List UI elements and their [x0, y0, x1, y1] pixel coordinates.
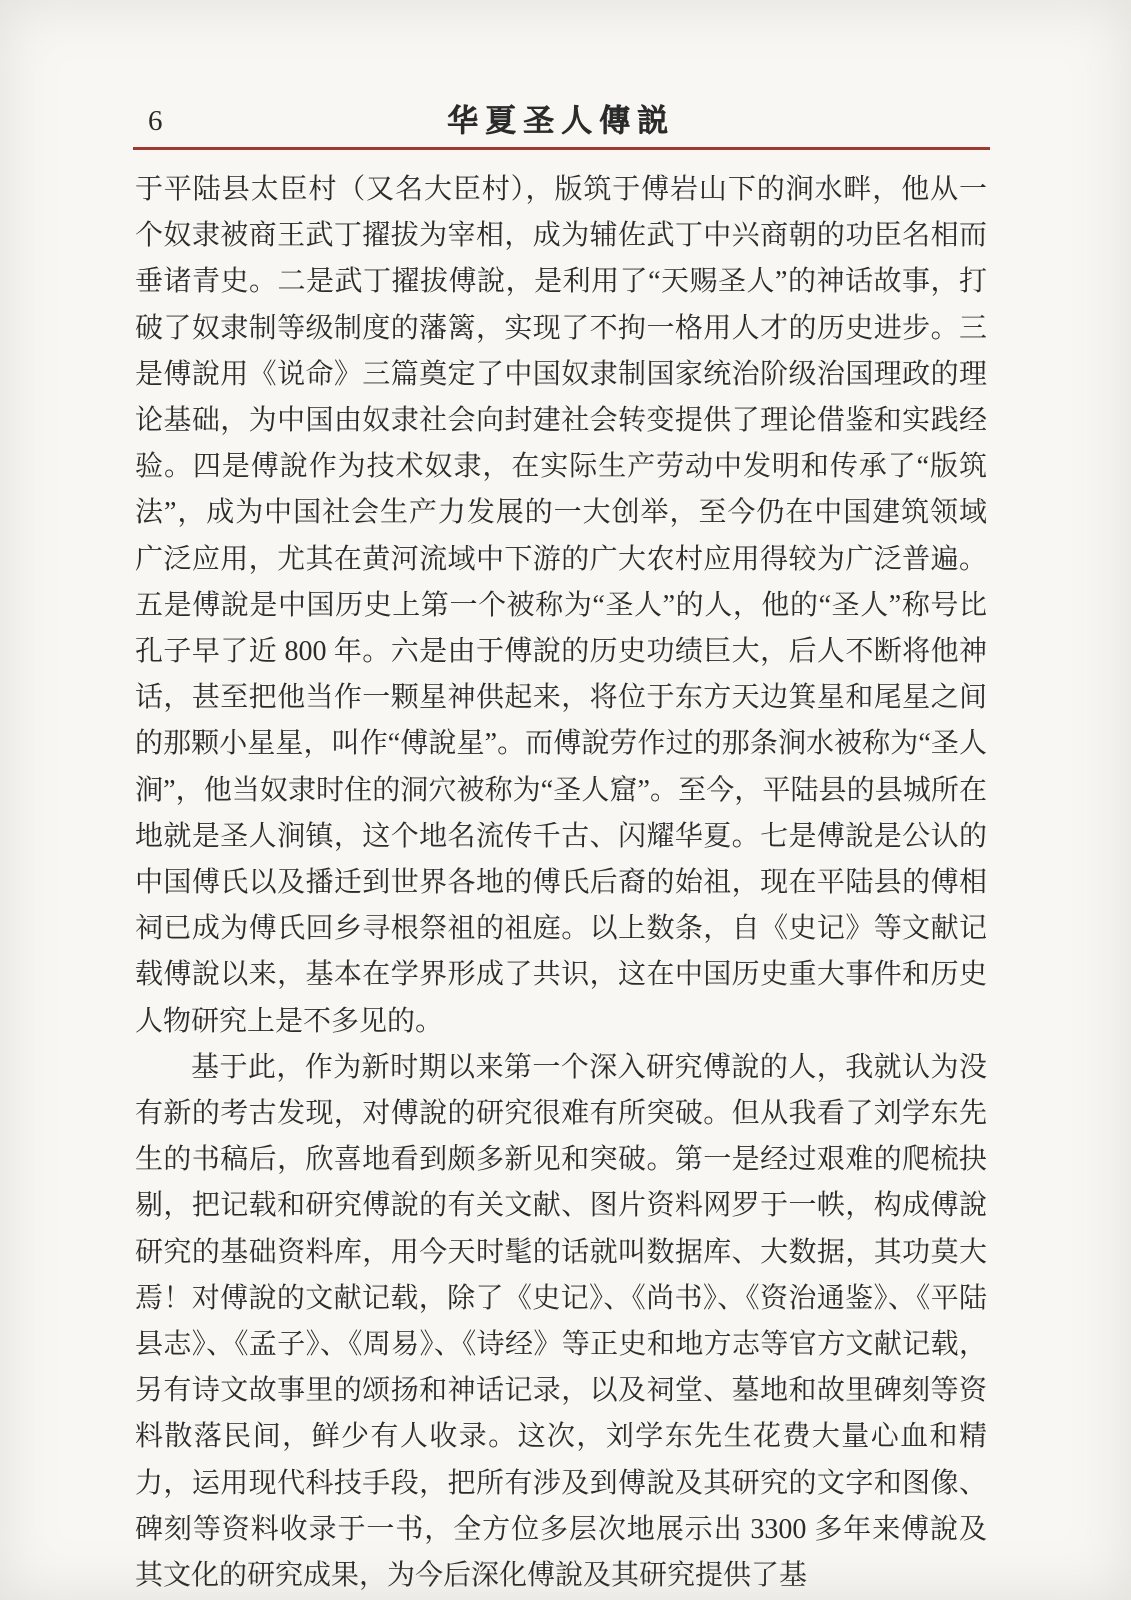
running-header-title: 华夏圣人傳説 [135, 101, 987, 141]
body-paragraph-1: 于平陆县太臣村（又名大臣村），版筑于傅岩山下的涧水畔，他从一个奴隶被商王武丁擢拔… [135, 167, 987, 1045]
body-paragraph-2: 基于此，作为新时期以来第一个深入研究傅說的人，我就认为没有新的考古发现，对傅說的… [135, 1045, 987, 1599]
header-rule [133, 147, 990, 150]
page-body: 于平陆县太臣村（又名大臣村），版筑于傅岩山下的涧水畔，他从一个奴隶被商王武丁擢拔… [135, 167, 987, 1599]
scanned-book-page: 6 华夏圣人傳説 于平陆县太臣村（又名大臣村），版筑于傅岩山下的涧水畔，他从一个… [0, 0, 1131, 1600]
